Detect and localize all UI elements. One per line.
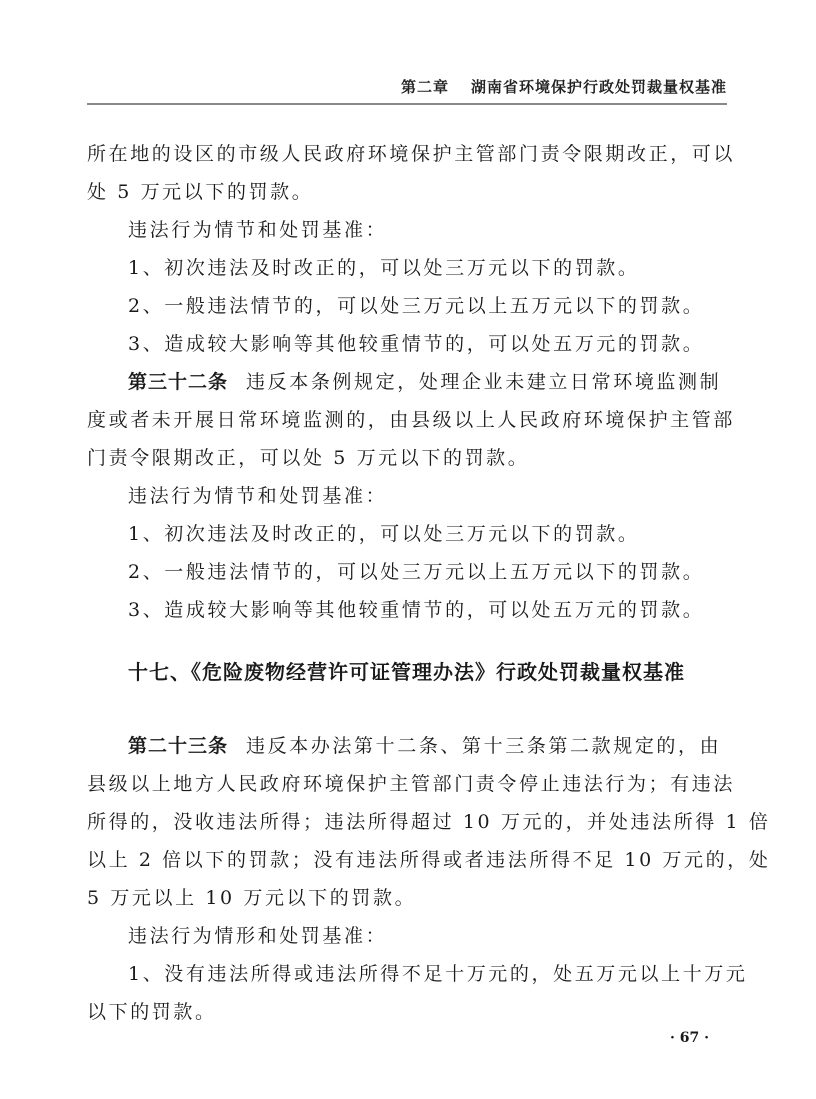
article-label: 第三十二条	[128, 371, 228, 393]
paragraph-line: 门责令限期改正，可以处 5 万元以下的罚款。	[87, 446, 727, 470]
article-text: 违反本条例规定，处理企业未建立日常环境监测制	[246, 371, 721, 393]
article-32-first-line: 第三十二条违反本条例规定，处理企业未建立日常环境监测制	[128, 370, 727, 394]
article-text: 违反本办法第十二条、第十三条第二款规定的，由	[246, 735, 721, 757]
criteria-item-continuation: 以下的罚款。	[87, 1000, 727, 1024]
criteria-item: 2、一般违法情节的，可以处三万元以上五万元以下的罚款。	[128, 294, 727, 318]
page-header: 第二章湖南省环境保护行政处罚裁量权基准	[87, 72, 727, 106]
header-chapter: 第二章	[401, 78, 449, 96]
header-rule	[87, 103, 727, 105]
paragraph-line: 处 5 万元以下的罚款。	[87, 180, 727, 204]
criteria-item: 3、造成较大影响等其他较重情节的，可以处五万元的罚款。	[128, 598, 727, 622]
paragraph-line: 以上 2 倍以下的罚款；没有违法所得或者违法所得不足 10 万元的，处	[87, 848, 727, 872]
criteria-item: 1、初次违法及时改正的，可以处三万元以下的罚款。	[128, 522, 727, 546]
criteria-heading: 违法行为情节和处罚基准：	[128, 484, 727, 508]
running-header: 第二章湖南省环境保护行政处罚裁量权基准	[401, 76, 727, 97]
paragraph-line: 度或者未开展日常环境监测的，由县级以上人民政府环境保护主管部	[87, 408, 727, 432]
article-label: 第二十三条	[128, 735, 228, 757]
article-23-first-line: 第二十三条违反本办法第十二条、第十三条第二款规定的，由	[128, 734, 727, 758]
criteria-heading: 违法行为情形和处罚基准：	[128, 924, 727, 948]
page-number: · 67 ·	[670, 1030, 709, 1046]
paragraph-line: 所在地的设区的市级人民政府环境保护主管部门责令限期改正，可以	[87, 142, 727, 166]
criteria-item: 3、造成较大影响等其他较重情节的，可以处五万元的罚款。	[128, 332, 727, 356]
paragraph-line: 所得的，没收违法所得；违法所得超过 10 万元的，并处违法所得 1 倍	[87, 810, 727, 834]
paragraph-line: 5 万元以上 10 万元以下的罚款。	[87, 886, 727, 910]
header-title: 湖南省环境保护行政处罚裁量权基准	[471, 78, 727, 96]
criteria-item: 1、没有违法所得或违法所得不足十万元的，处五万元以上十万元	[128, 962, 727, 986]
criteria-heading: 违法行为情节和处罚基准：	[128, 218, 727, 242]
section-title: 十七、《危险废物经营许可证管理办法》行政处罚裁量权基准	[128, 656, 685, 685]
paragraph-line: 县级以上地方人民政府环境保护主管部门责令停止违法行为；有违法	[87, 772, 727, 796]
criteria-item: 1、初次违法及时改正的，可以处三万元以下的罚款。	[128, 256, 727, 280]
criteria-item: 2、一般违法情节的，可以处三万元以上五万元以下的罚款。	[128, 560, 727, 584]
